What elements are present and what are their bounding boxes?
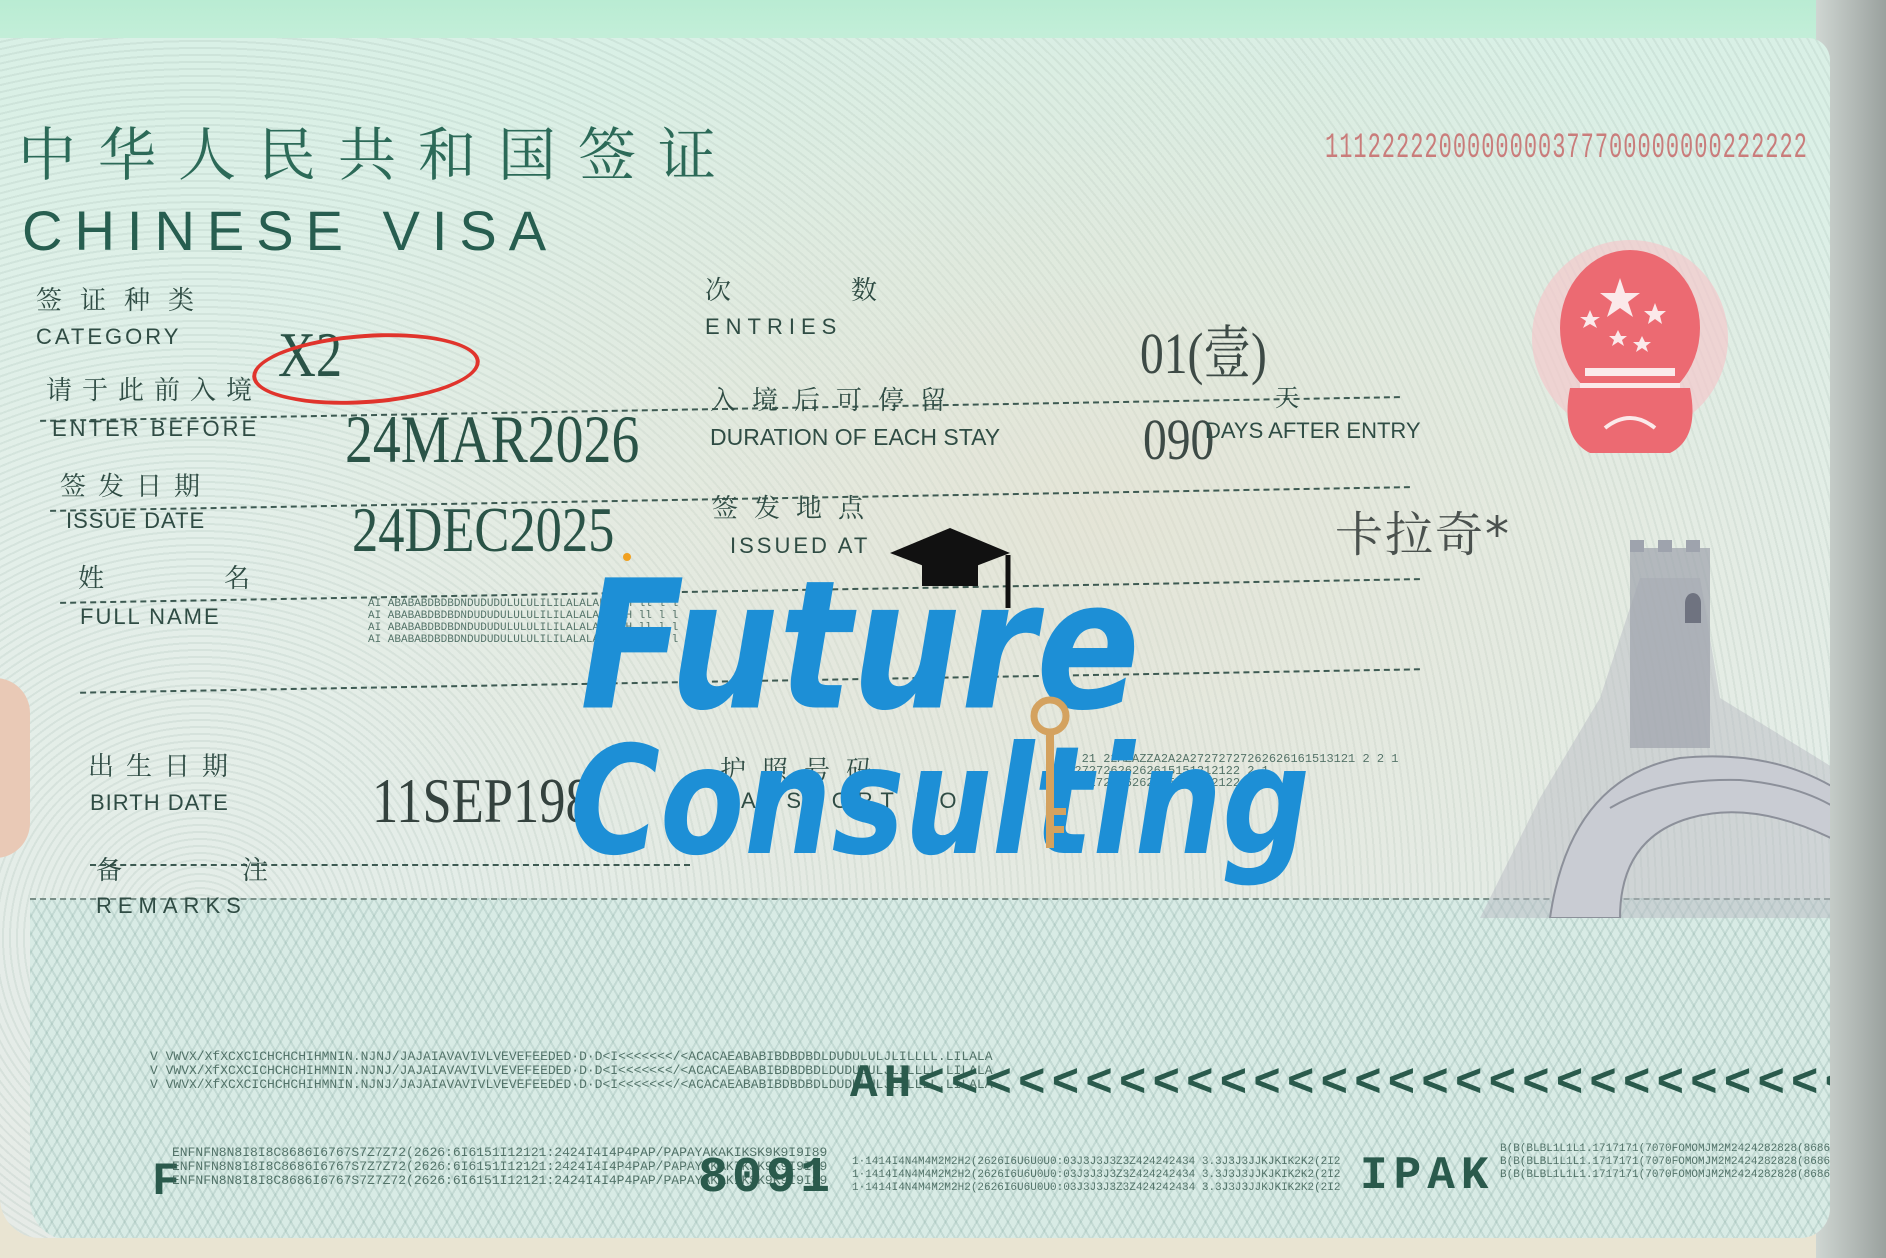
birth-date-value: 11SEP198 xyxy=(372,764,592,838)
issue-date-label-cn: 签发日期 xyxy=(60,466,212,503)
national-emblem-icon xyxy=(1530,238,1730,468)
enter-before-label-cn: 请于此前入境 xyxy=(46,370,262,407)
enter-before-label-en: ENTER BEFORE xyxy=(52,416,259,442)
full-name-label-en: FULL NAME xyxy=(80,604,221,630)
duration-label-cn: 入境后可停留 xyxy=(710,380,962,417)
logo-line2: Consulting xyxy=(570,715,1310,888)
mrz-line2-segment-a: 8091 xyxy=(698,1150,834,1207)
category-label-en: CATEGORY xyxy=(36,324,181,350)
mrz-line2-microprint-c: B(B(BLBL1L1L1.1717171(7070FOMOMJM2M24242… xyxy=(1500,1143,1830,1182)
remarks-label-en: REMARKS xyxy=(96,893,247,919)
birth-date-label-cn: 出生日期 xyxy=(88,746,240,783)
issue-date-label-en: ISSUE DATE xyxy=(66,508,205,534)
great-wall-illustration xyxy=(1480,518,1830,918)
logo-dot xyxy=(623,553,631,561)
category-label-cn: 签证种类 xyxy=(36,280,212,317)
remarks-label-cn: 备注 xyxy=(96,850,388,887)
mrz-line1: AH<<<<<<<<<<<<<<<<<<<<<<<<<<<<<<<<< xyxy=(850,1058,1830,1110)
duration-label-en: DURATION OF EACH STAY xyxy=(710,424,1000,451)
birth-date-label-en: BIRTH DATE xyxy=(90,790,229,816)
mrz-line2-microprint-b: 1·1414I4N4M4M2M2H2(2626I6U6U0U0:03J3J3J3… xyxy=(852,1156,1340,1195)
finger xyxy=(0,678,30,858)
duration-unit-en: DAYS AFTER ENTRY xyxy=(1205,418,1421,444)
visa-title-english: CHINESE VISA xyxy=(22,198,558,263)
enter-before-value: 24MAR2026 xyxy=(345,400,639,479)
duration-value: 090 xyxy=(1143,406,1214,473)
entries-label-cn: 次数 xyxy=(705,270,997,307)
entries-value: 01(壹) xyxy=(1140,306,1267,390)
entries-label-en: ENTRIES xyxy=(705,314,842,340)
future-consulting-logo: Future Consulting xyxy=(560,508,1360,888)
visa-title-chinese: 中华人民共和国签证 xyxy=(18,108,738,192)
mrz-line2-segment-b: IPAK xyxy=(1360,1150,1494,1202)
duration-unit-cn: 天 xyxy=(1275,378,1317,413)
visa-page: 1112222200000000377700000000222222 中华人民共… xyxy=(0,38,1830,1238)
full-name-label-cn: 姓名 xyxy=(78,558,370,595)
visa-serial-number: 1112222200000000377700000000222222 xyxy=(1325,138,1808,160)
